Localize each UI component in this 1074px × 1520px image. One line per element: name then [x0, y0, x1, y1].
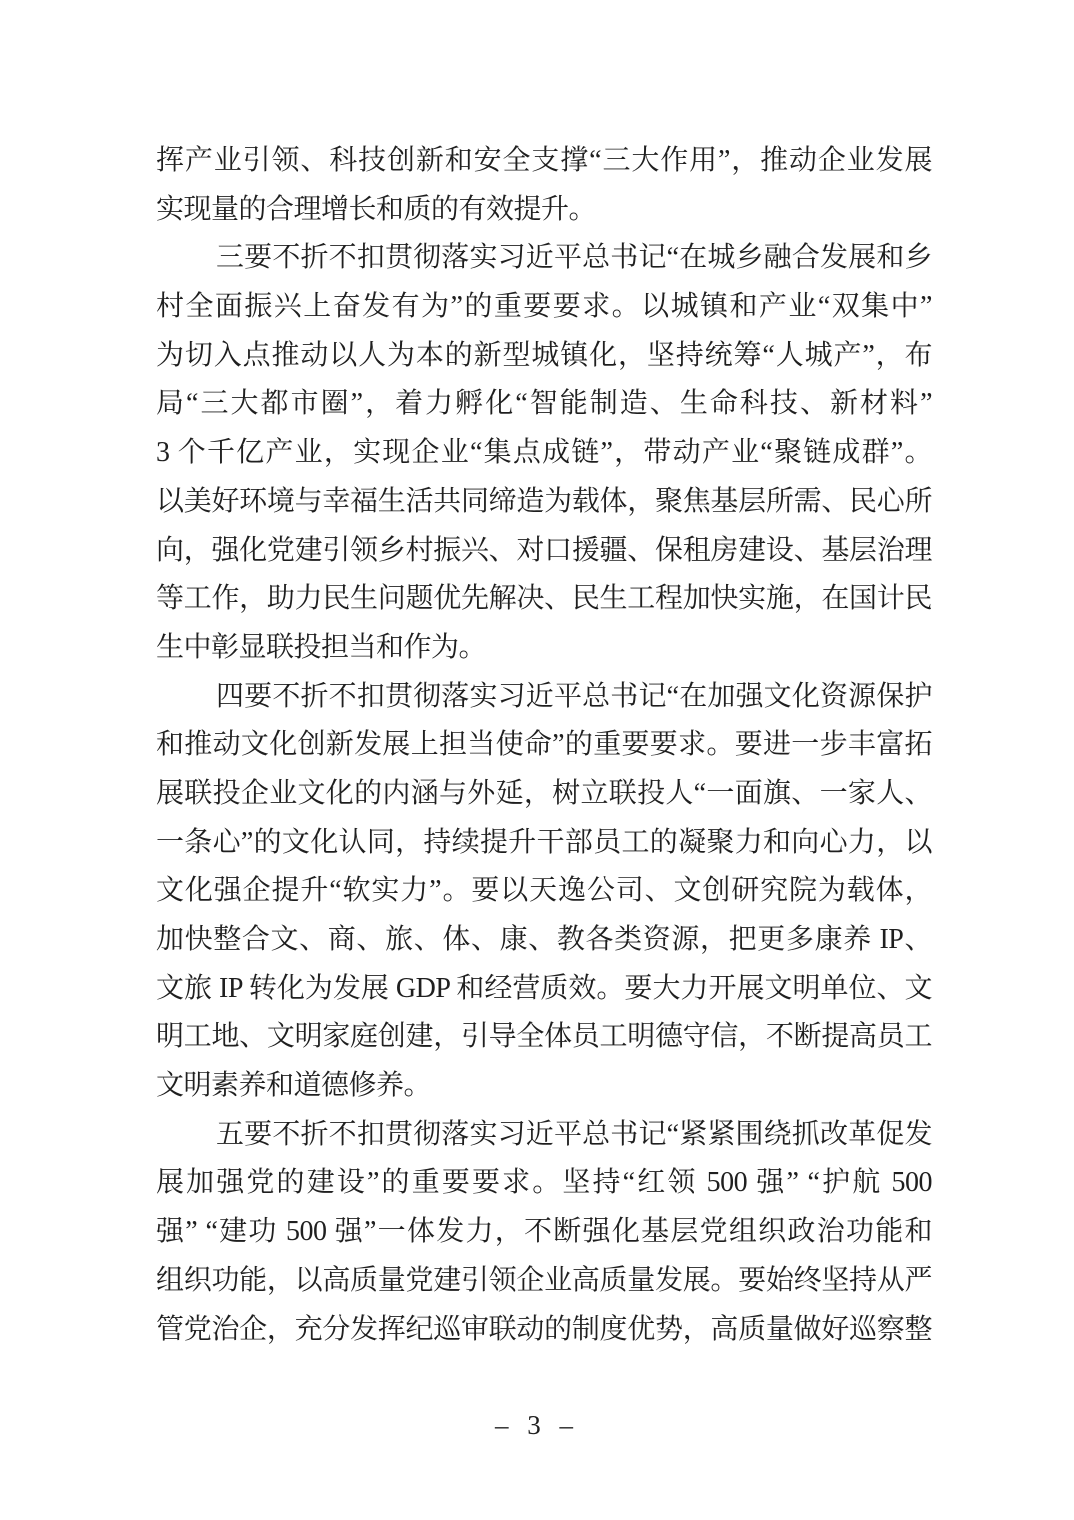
text-line: 五要不折不扣贯彻落实习近平总书记“紧紧围绕抓改革促发	[156, 1111, 932, 1160]
text-line: 明工地、文明家庭创建，引导全体员工明德守信，不断提高员工	[156, 1013, 932, 1062]
text-line: 3 个千亿产业，实现企业“集点成链”，带动产业“聚链成群”。	[156, 429, 932, 478]
text-line: 文旅 IP 转化为发展 GDP 和经营质效。要大力开展文明单位、文	[156, 965, 932, 1014]
text-line: 实现量的合理增长和质的有效提升。	[156, 186, 932, 235]
text-line: 和推动文化创新发展上担当使命”的重要要求。要进一步丰富拓	[156, 721, 932, 770]
text-line: 文化强企提升“软实力”。要以天逸公司、文创研究院为载体，	[156, 867, 932, 916]
text-line: 局“三大都市圈”，着力孵化“智能制造、生命科技、新材料”	[156, 380, 932, 429]
text-line: 以美好环境与幸福生活共同缔造为载体，聚焦基层所需、民心所	[156, 478, 932, 527]
text-line: 向，强化党建引领乡村振兴、对口援疆、保租房建设、基层治理	[156, 527, 932, 576]
text-line: 强” “建功 500 强”一体发力，不断强化基层党组织政治功能和	[156, 1208, 932, 1257]
text-line: 展加强党的建设”的重要要求。坚持“红领 500 强” “护航 500	[156, 1159, 932, 1208]
text-line: 等工作，助力民生问题优先解决、民生工程加快实施，在国计民	[156, 575, 932, 624]
document-page: 挥产业引领、科技创新和安全支撑“三大作用”，推动企业发展实现量的合理增长和质的有…	[0, 0, 1074, 1520]
text-line: 村全面振兴上奋发有为”的重要要求。以城镇和产业“双集中”	[156, 283, 932, 332]
text-line: 加快整合文、商、旅、体、康、教各类资源，把更多康养 IP、	[156, 916, 932, 965]
text-line: 管党治企，充分发挥纪巡审联动的制度优势，高质量做好巡察整	[156, 1306, 932, 1355]
text-line: 一条心”的文化认同，持续提升干部员工的凝聚力和向心力，以	[156, 819, 932, 868]
text-line: 生中彰显联投担当和作为。	[156, 624, 932, 673]
document-body-text: 挥产业引领、科技创新和安全支撑“三大作用”，推动企业发展实现量的合理增长和质的有…	[156, 137, 932, 1354]
text-line: 四要不折不扣贯彻落实习近平总书记“在加强文化资源保护	[156, 673, 932, 722]
text-line: 展联投企业文化的内涵与外延，树立联投人“一面旗、一家人、	[156, 770, 932, 819]
text-line: 挥产业引领、科技创新和安全支撑“三大作用”，推动企业发展	[156, 137, 932, 186]
page-number: – 3 –	[0, 1408, 1074, 1442]
text-line: 组织功能，以高质量党建引领企业高质量发展。要始终坚持从严	[156, 1257, 932, 1306]
text-line: 为切入点推动以人为本的新型城镇化，坚持统筹“人城产”，布	[156, 332, 932, 381]
text-line: 三要不折不扣贯彻落实习近平总书记“在城乡融合发展和乡	[156, 234, 932, 283]
text-line: 文明素养和道德修养。	[156, 1062, 932, 1111]
